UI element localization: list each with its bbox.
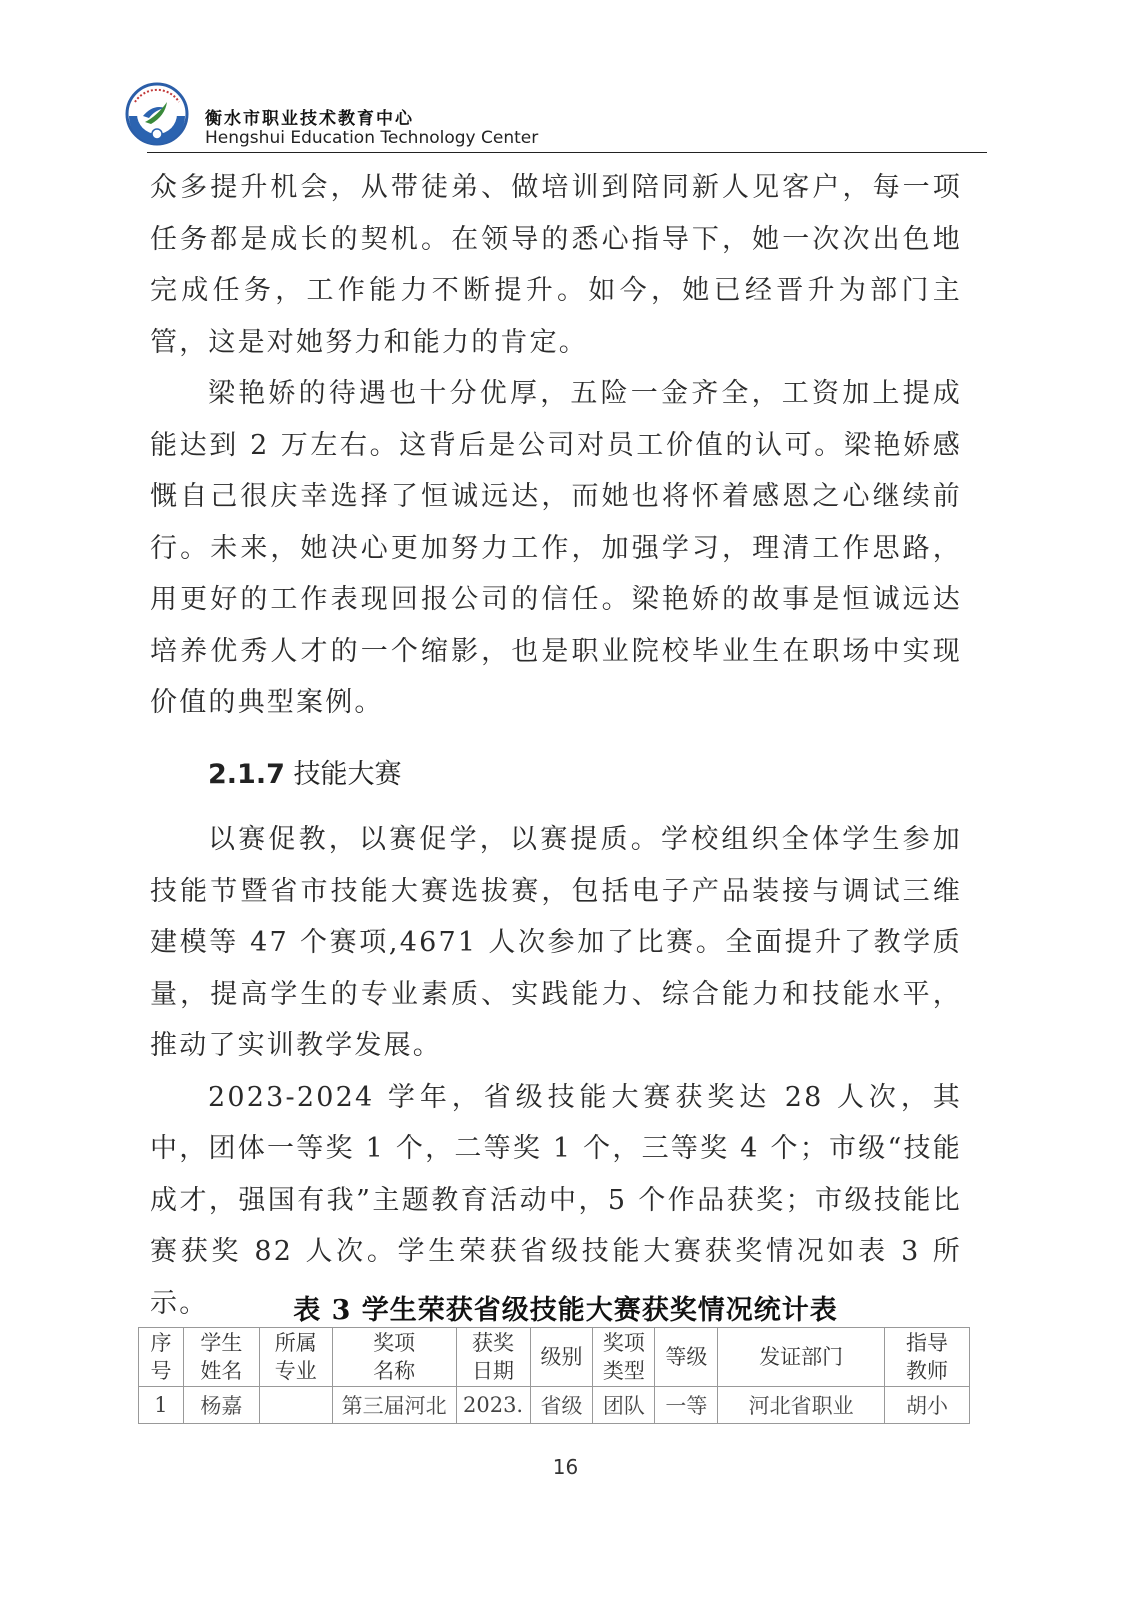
table-cell: 河北省职业 <box>718 1387 885 1424</box>
column-header: 指导教师 <box>885 1328 970 1387</box>
page-number: 16 <box>0 1455 1131 1479</box>
table-header-row: 序号 学生姓名 所属专业 奖项名称 获奖日期 级别 奖项类型 等级 发证部门 指… <box>139 1328 970 1387</box>
table-cell: 一等 <box>655 1387 718 1424</box>
table-cell <box>259 1387 332 1424</box>
column-header: 学生姓名 <box>183 1328 259 1387</box>
column-header: 奖项类型 <box>593 1328 655 1387</box>
body-top: 众多提升机会，从带徒弟、做培训到陪同新人见客户，每一项任务都是成长的契机。在领导… <box>150 162 962 729</box>
paragraph: 以赛促教，以赛促学，以赛提质。学校组织全体学生参加技能节暨省市技能大赛选拔赛，包… <box>150 814 962 1072</box>
table-cell: 第三届河北 <box>332 1387 456 1424</box>
awards-table: 序号 学生姓名 所属专业 奖项名称 获奖日期 级别 奖项类型 等级 发证部门 指… <box>138 1327 970 1424</box>
paragraph: 众多提升机会，从带徒弟、做培训到陪同新人见客户，每一项任务都是成长的契机。在领导… <box>150 162 962 368</box>
table-cell: 团队 <box>593 1387 655 1424</box>
column-header: 序号 <box>139 1328 184 1387</box>
table-row: 1 杨嘉 第三届河北 2023. 省级 团队 一等 河北省职业 胡小 <box>139 1387 970 1424</box>
table-cell: 杨嘉 <box>183 1387 259 1424</box>
paragraph: 梁艳娇的待遇也十分优厚，五险一金齐全，工资加上提成能达到 2 万左右。这背后是公… <box>150 368 962 729</box>
section-number: 2.1.7 <box>208 759 285 790</box>
column-header: 级别 <box>530 1328 593 1387</box>
table-cell: 1 <box>139 1387 184 1424</box>
column-header: 等级 <box>655 1328 718 1387</box>
section-heading: 2.1.7 技能大赛 <box>208 752 401 791</box>
page-header: 衡水市职业技术教育中心 Hengshui Education Technolog… <box>125 82 975 156</box>
table-caption: 表 3 学生荣获省级技能大赛获奖情况统计表 <box>0 1288 1131 1327</box>
section-title: 技能大赛 <box>293 759 401 790</box>
table-cell: 胡小 <box>885 1387 970 1424</box>
column-header: 所属专业 <box>259 1328 332 1387</box>
school-emblem-logo <box>125 82 189 146</box>
org-name-en: Hengshui Education Technology Center <box>205 128 538 148</box>
column-header: 奖项名称 <box>332 1328 456 1387</box>
column-header: 获奖日期 <box>456 1328 530 1387</box>
column-header: 发证部门 <box>718 1328 885 1387</box>
header-divider <box>147 152 987 153</box>
table-cell: 省级 <box>530 1387 593 1424</box>
body-bottom: 以赛促教，以赛促学，以赛提质。学校组织全体学生参加技能节暨省市技能大赛选拔赛，包… <box>150 814 962 1329</box>
org-name-cn: 衡水市职业技术教育中心 <box>205 104 414 129</box>
table-cell: 2023. <box>456 1387 530 1424</box>
